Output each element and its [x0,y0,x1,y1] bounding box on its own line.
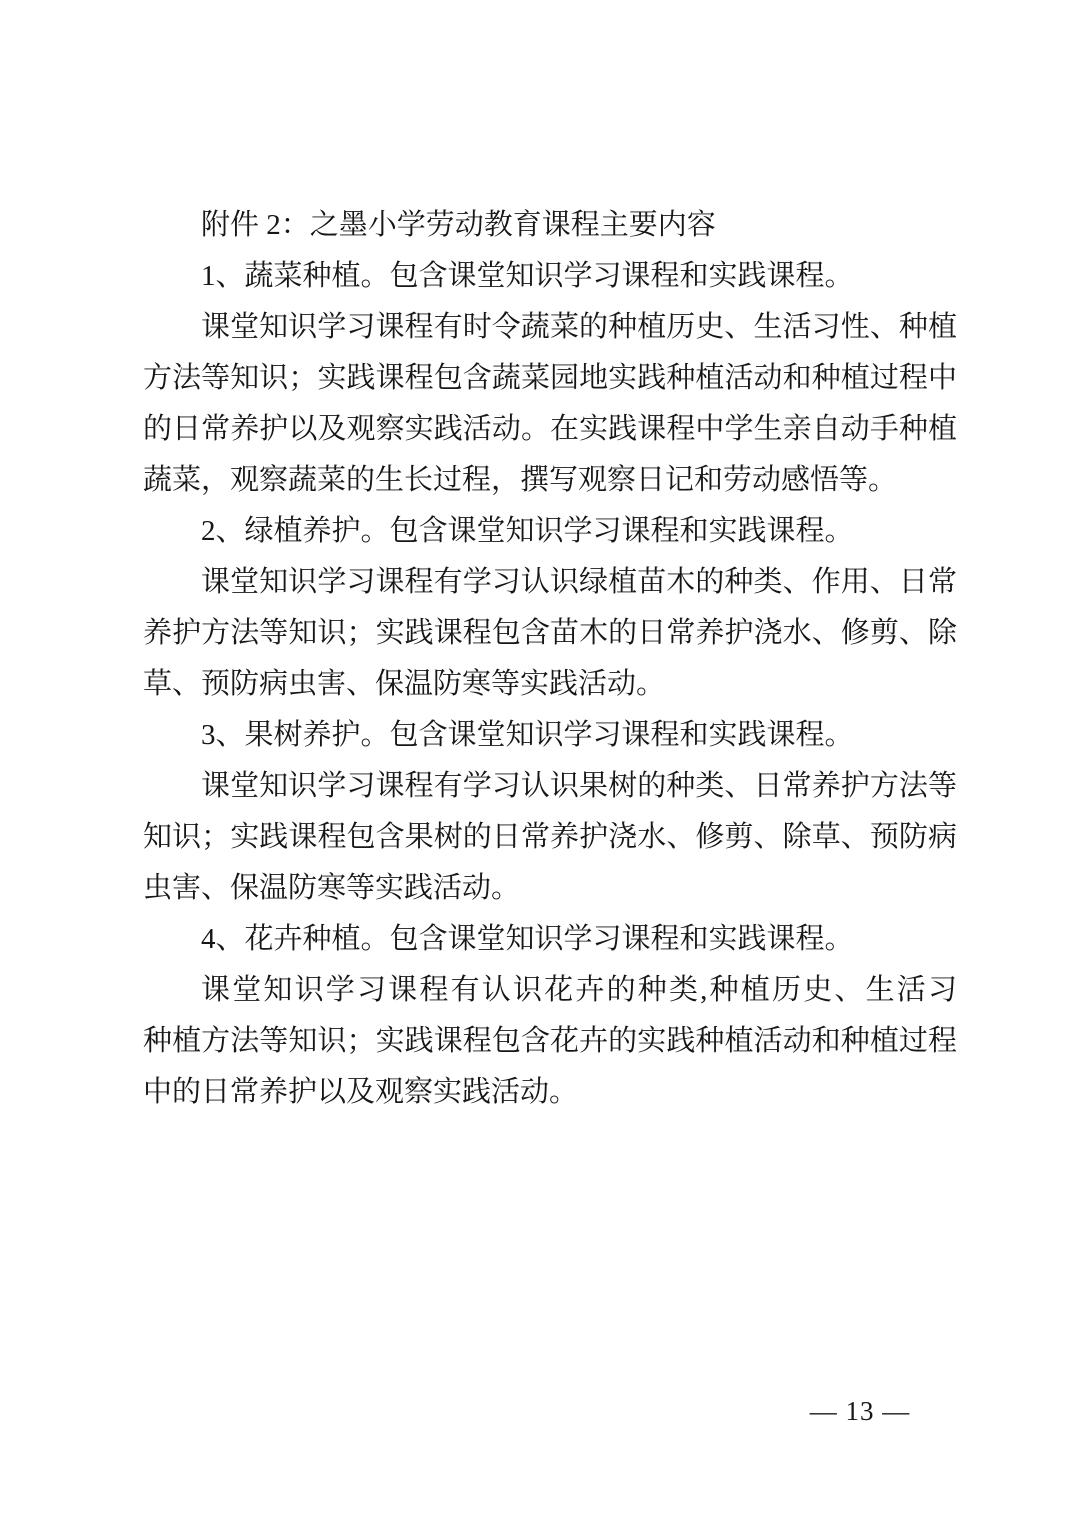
text-line: 4、花卉种植。包含课堂知识学习课程和实践课程。 [143,914,957,965]
text-line: 中的日常养护以及观察实践活动。 [143,1067,957,1118]
text-line: 草、预防病虫害、保温防寒等实践活动。 [143,659,957,710]
text-line: 课堂知识学习课程有时令蔬菜的种植历史、生活习性、种植 [143,302,957,353]
text-line: 蔬菜，观察蔬菜的生长过程，撰写观察日记和劳动感悟等。 [143,455,957,506]
document-page: 附件 2：之墨小学劳动教育课程主要内容1、蔬菜种植。包含课堂知识学习课程和实践课… [0,0,1080,1527]
text-line: 1、蔬菜种植。包含课堂知识学习课程和实践课程。 [143,251,957,302]
text-line: 附件 2：之墨小学劳动教育课程主要内容 [143,200,957,251]
text-line: 种植方法等知识；实践课程包含花卉的实践种植活动和种植过程 [143,1016,957,1067]
text-line: 课堂知识学习课程有学习认识果树的种类、日常养护方法等 [143,761,957,812]
text-line: 养护方法等知识；实践课程包含苗木的日常养护浇水、修剪、除 [143,608,957,659]
text-line: 课堂知识学习课程有学习认识绿植苗木的种类、作用、日常 [143,557,957,608]
text-line: 课堂知识学习课程有认识花卉的种类,种植历史、生活习性、 [143,965,957,1016]
text-line: 3、果树养护。包含课堂知识学习课程和实践课程。 [143,710,957,761]
text-line: 方法等知识；实践课程包含蔬菜园地实践种植活动和种植过程中 [143,353,957,404]
text-line: 知识；实践课程包含果树的日常养护浇水、修剪、除草、预防病 [143,812,957,863]
page-number: — 13 — [800,1396,920,1427]
text-line: 2、绿植养护。包含课堂知识学习课程和实践课程。 [143,506,957,557]
document-body: 附件 2：之墨小学劳动教育课程主要内容1、蔬菜种植。包含课堂知识学习课程和实践课… [143,200,957,1118]
text-line: 的日常养护以及观察实践活动。在实践课程中学生亲自动手种植 [143,404,957,455]
text-line: 虫害、保温防寒等实践活动。 [143,863,957,914]
